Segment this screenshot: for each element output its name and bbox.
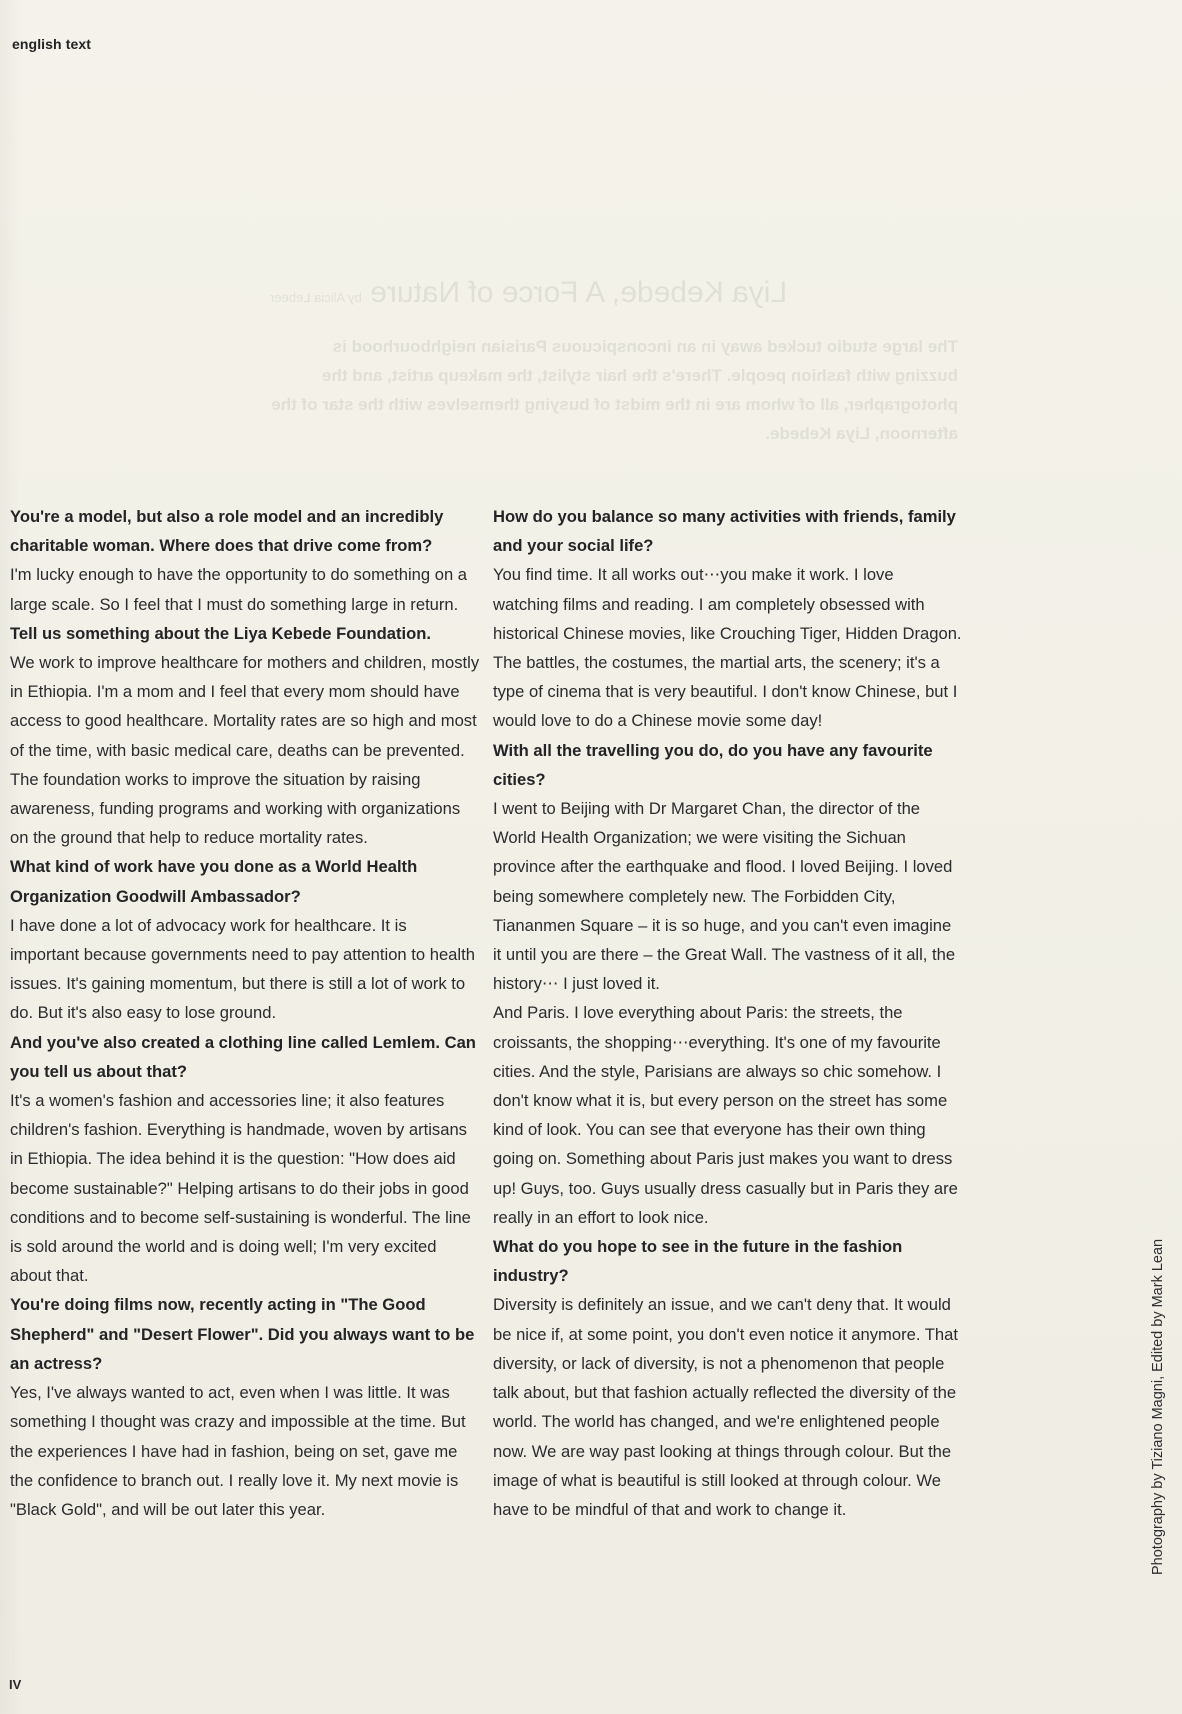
question: And you've also created a clothing line … <box>10 1028 480 1086</box>
answer: We work to improve healthcare for mother… <box>10 648 480 852</box>
reverse-page-show-through: Liya Kebede, A Force of Nature by Alicia… <box>270 276 958 448</box>
question: With all the travelling you do, do you h… <box>493 736 963 794</box>
section-label: english text <box>12 36 91 52</box>
answer: Diversity is definitely an issue, and we… <box>493 1290 963 1524</box>
question: How do you balance so many activities wi… <box>493 502 963 560</box>
page-number: IV <box>9 1677 21 1692</box>
photo-credit: Photography by Tiziano Magni, Edited by … <box>1150 1239 1166 1575</box>
answer: It's a women's fashion and accessories l… <box>10 1086 480 1290</box>
show-through-paragraph: The large studio tucked away in an incon… <box>270 332 958 448</box>
interview-right-column: How do you balance so many activities wi… <box>493 502 963 1524</box>
interview-left-column: You're a model, but also a role model an… <box>10 502 480 1524</box>
answer: You find time. It all works out⋯you make… <box>493 560 963 735</box>
question: You're a model, but also a role model an… <box>10 502 480 560</box>
answer: I'm lucky enough to have the opportunity… <box>10 560 480 618</box>
answer: I have done a lot of advocacy work for h… <box>10 911 480 1028</box>
question: What kind of work have you done as a Wor… <box>10 852 480 910</box>
question: Tell us something about the Liya Kebede … <box>10 619 480 648</box>
question: What do you hope to see in the future in… <box>493 1232 963 1290</box>
question: You're doing films now, recently acting … <box>10 1290 480 1378</box>
answer: I went to Beijing with Dr Margaret Chan,… <box>493 794 963 998</box>
answer-continued: And Paris. I love everything about Paris… <box>493 998 963 1232</box>
answer: Yes, I've always wanted to act, even whe… <box>10 1378 480 1524</box>
show-through-title: Liya Kebede, A Force of Nature by Alicia… <box>270 276 958 310</box>
